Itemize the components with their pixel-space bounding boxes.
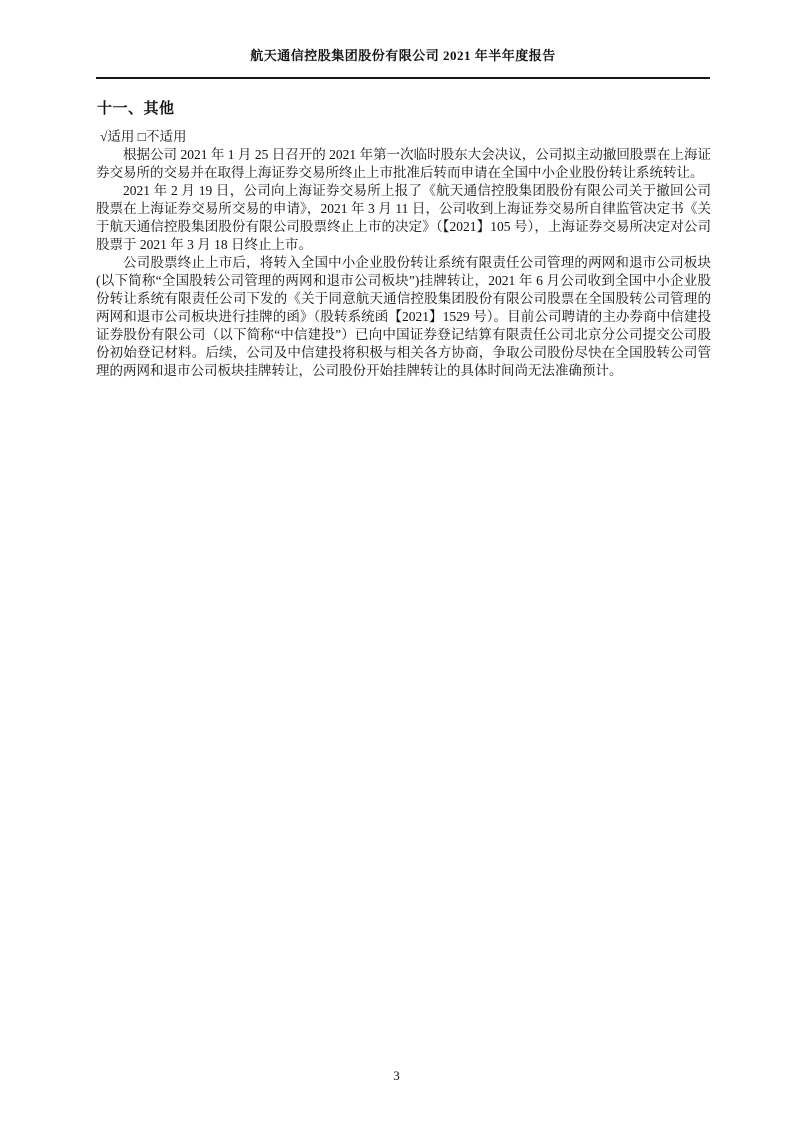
report-page: 航天通信控股集团股份有限公司 2021 年半年度报告 十一、其他 √适用 □不适… (0, 0, 793, 1122)
section-heading: 十一、其他 (97, 100, 175, 118)
paragraph-transfer-listing: 公司股票终止上市后，将转入全国中小企业股份转让系统有限责任公司管理的两网和退市公… (96, 254, 711, 380)
report-header-title: 航天通信控股集团股份有限公司 2021 年半年度报告 (250, 48, 556, 63)
paragraph-shareholder-resolution: 根据公司 2021 年 1 月 25 日召开的 2021 年第一次临时股东大会决… (96, 146, 711, 182)
page-number: 3 (393, 1068, 400, 1083)
applicability-line: √适用 □不适用 (100, 128, 711, 146)
page-footer: 3 (0, 1068, 793, 1084)
page-header: 航天通信控股集团股份有限公司 2021 年半年度报告 (96, 48, 710, 79)
section-body: √适用 □不适用 根据公司 2021 年 1 月 25 日召开的 2021 年第… (96, 128, 711, 380)
paragraph-delisting-decision: 2021 年 2 月 19 日，公司向上海证券交易所上报了《航天通信控股集团股份… (96, 182, 711, 254)
